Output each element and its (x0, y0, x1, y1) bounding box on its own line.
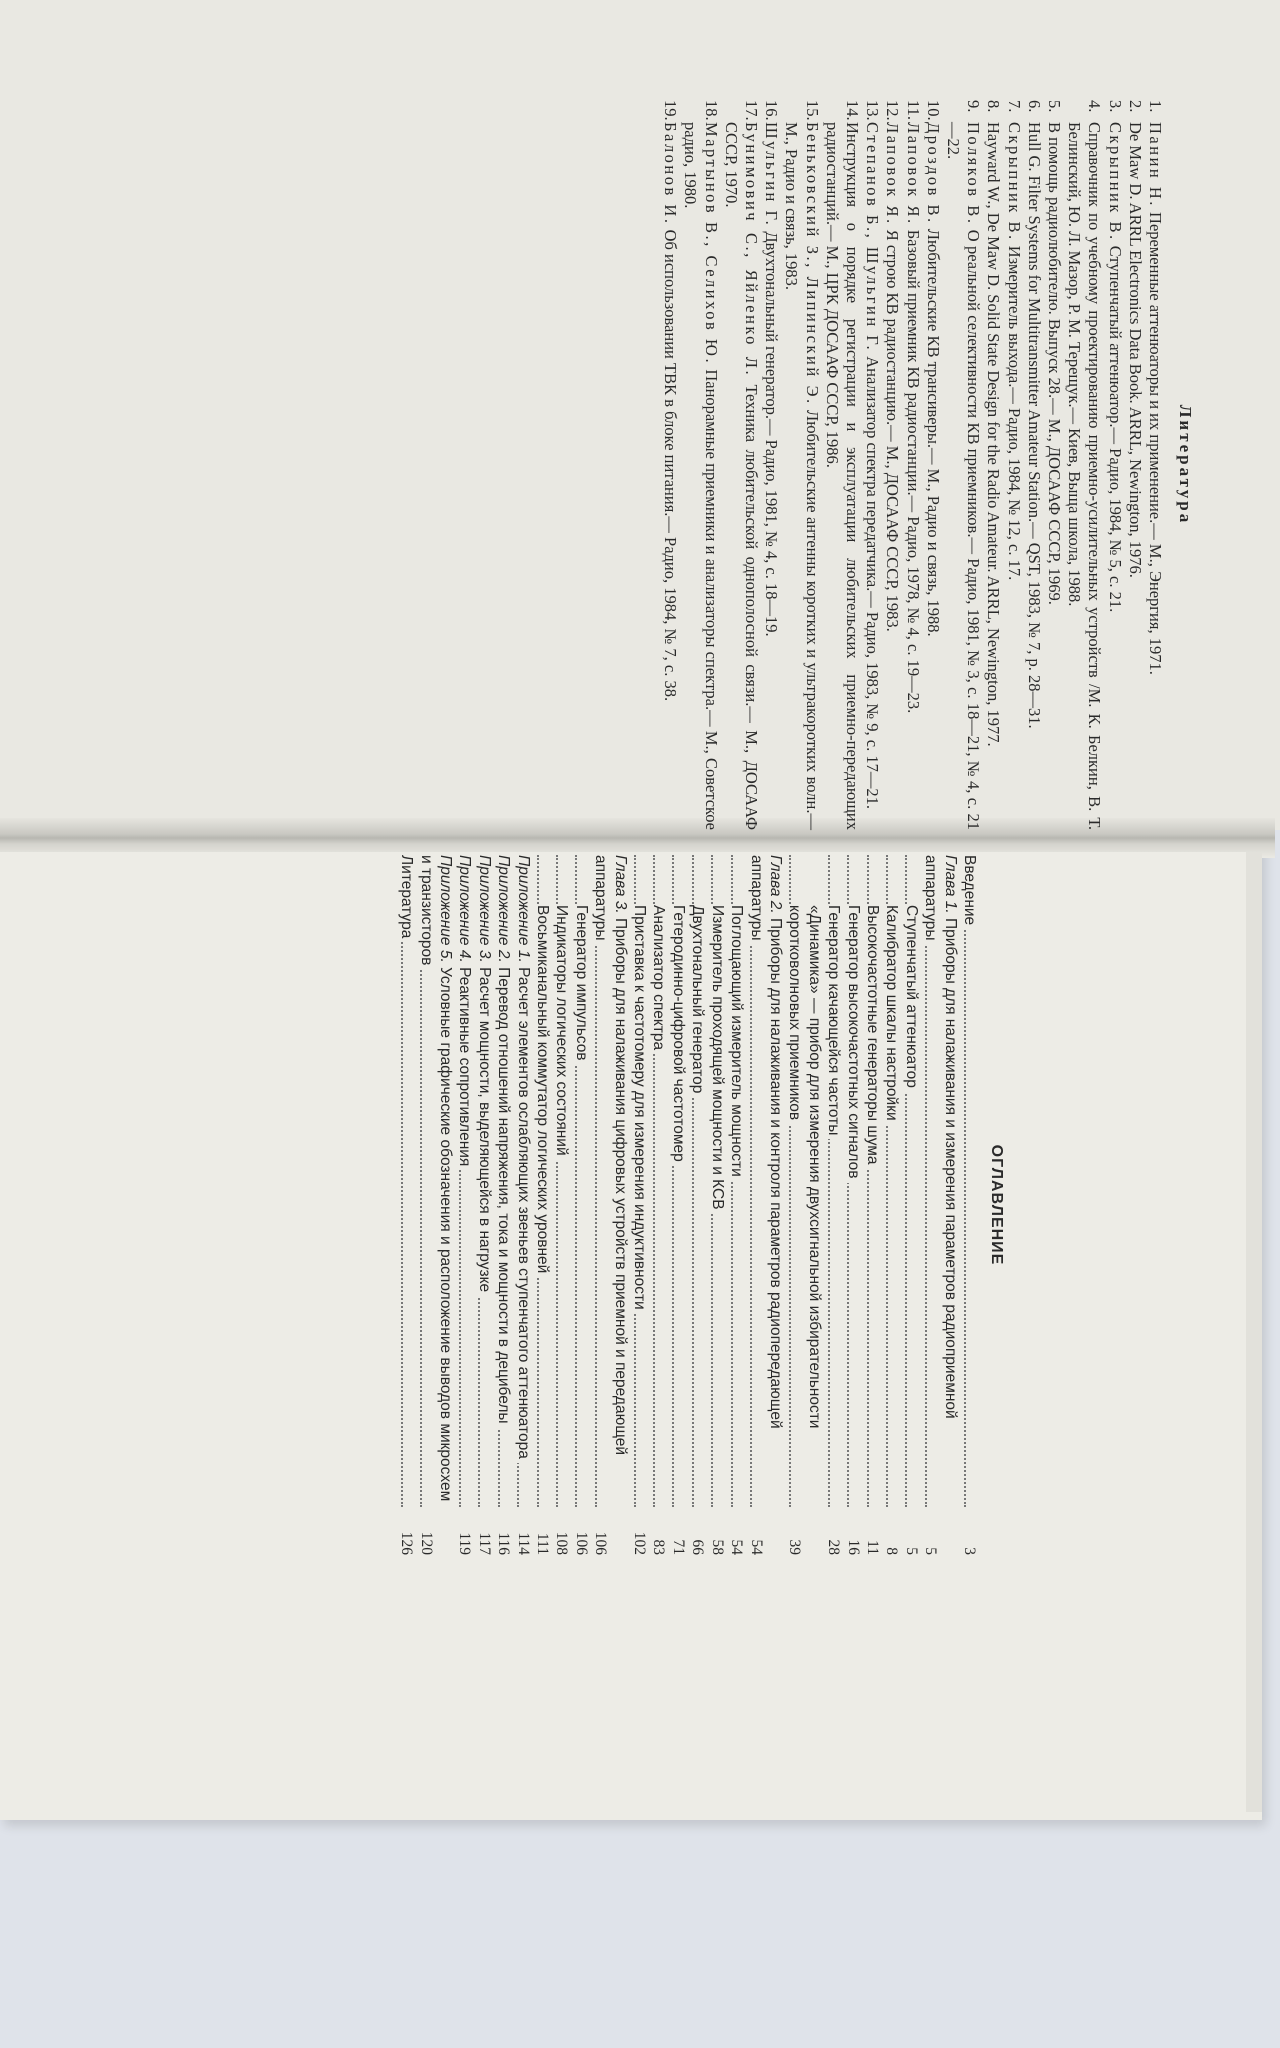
literature-entry: 4. Справочник по учебному проектированию… (1064, 100, 1104, 830)
page-edge (1246, 852, 1262, 1812)
entry-text: В помощь радиолюбителю. Выпуск 28.— М., … (1045, 122, 1064, 605)
contents-entry-prefix: Глава 3. (612, 855, 629, 918)
contents-entry-prefix: Глава 1. (942, 855, 959, 918)
contents-entry-page: 54 (727, 1507, 746, 1555)
literature-entry: 19. Балонов И. Об использовании ТВК в бл… (660, 100, 680, 830)
entry-author: Скрыпник В. (1106, 122, 1125, 242)
contents-entry-title: Приборы для налаживания и измерения пара… (922, 855, 958, 1419)
contents-entry-prefix: Приложение 4. (456, 855, 473, 967)
entry-text: Переменные аттенюаторы и их применение.—… (1146, 212, 1165, 675)
entry-author: Дроздов В. (924, 122, 943, 225)
contents-entry-title: Генератор качающейся частоты (825, 905, 842, 1135)
contents-list: Введение3Глава 1. Приборы для налаживани… (397, 855, 979, 1555)
contents-entry-title: Измеритель проходящей мощности и КСВ (709, 905, 726, 1210)
contents-entry: Глава 2. Приборы для налаживания и контр… (746, 855, 785, 1555)
contents-entry-page: 83 (649, 1507, 668, 1555)
literature-entry: 13. Степанов Б., Шульгин Г. Анализатор с… (862, 100, 882, 830)
contents-entry-page: 5 (921, 1507, 940, 1555)
contents-entry-title: Введение (961, 855, 978, 925)
entry-number: 9. (963, 100, 983, 122)
contents-entry: Генератор импульсов106 (571, 855, 590, 1555)
entry-text: Инструкция о порядке регистрации и экспл… (823, 122, 862, 830)
entry-text: О реальной селективности КВ приемников.—… (944, 122, 983, 830)
entry-text: Анализатор спектра передатчика.— Радио, … (863, 356, 882, 809)
contents-entry: Литература126 (397, 855, 416, 1555)
contents-entry: Калибратор шкалы настройки8 (882, 855, 901, 1555)
entry-number: 2. (1125, 100, 1145, 122)
contents-entry: Анализатор спектра83 (649, 855, 668, 1555)
contents-entry: Поглощающий измеритель мощности54 (727, 855, 746, 1555)
contents-entry-title: «Динамика» — прибор для измерения двухси… (786, 905, 822, 1428)
literature-entry: 14. Инструкция о порядке регистрации и э… (822, 100, 862, 830)
contents-entry-title: Приборы для налаживания и контроля парам… (748, 855, 784, 1429)
entry-number: 15. (801, 100, 821, 122)
contents-entry-page: 39 (785, 1507, 804, 1555)
dot-leader (750, 855, 752, 1507)
contents-heading: ОГЛАВЛЕНИЕ (987, 855, 1005, 1555)
contents-entry: Приложение 3. Расчет мощности, выделяюще… (474, 855, 493, 1555)
literature-heading: Литература (1175, 100, 1195, 830)
entry-author: Лаповок Я. (904, 122, 923, 226)
literature-entry: 12. Лаповок Я. Я строю КВ радиостанцию.—… (882, 100, 902, 830)
contents-entry-page: 120 (416, 1507, 435, 1555)
contents-entry-page: 28 (824, 1507, 843, 1555)
dot-leader (925, 855, 927, 1507)
table-of-contents: ОГЛАВЛЕНИЕ Введение3Глава 1. Приборы для… (397, 855, 1005, 1555)
contents-entry-title: Приборы для налаживания цифровых устройс… (592, 855, 628, 1455)
literature-entry: 6. Hull G. Filter Systems for Multitrans… (1024, 100, 1044, 830)
entry-number: 5. (1044, 100, 1064, 122)
entry-number: 11. (902, 100, 922, 122)
contents-entry-page: 54 (746, 1507, 765, 1555)
entry-text: Hayward W., De Maw D. Solid State Design… (984, 122, 1003, 747)
contents-entry: Генератор качающейся частоты28 (824, 855, 843, 1555)
entry-author: Мартынов В., Селихов Ю. (702, 122, 721, 365)
contents-entry-page: 102 (630, 1507, 649, 1555)
entry-number: 3. (1104, 100, 1124, 122)
contents-entry: Глава 3. Приборы для налаживания цифровы… (591, 855, 630, 1555)
contents-entry: «Динамика» — прибор для измерения двухси… (785, 855, 824, 1555)
literature-entry: 7. Скрыпник В. Измеритель выхода.— Радио… (1003, 100, 1023, 830)
entry-number: 18. (700, 100, 720, 122)
literature-entry: 10. Дроздов В. Любительские КВ трансивер… (923, 100, 943, 830)
contents-entry-title: Ступенчатый аттенюатор (903, 905, 920, 1088)
contents-entry-title: Анализатор спектра (651, 905, 668, 1050)
contents-entry-page: 8 (882, 1507, 901, 1555)
dot-leader (401, 855, 403, 1507)
contents-entry-title: Высокочастотные генераторы шума (864, 905, 881, 1165)
entry-number: 10. (923, 100, 943, 122)
contents-entry-title: Расчет элементов ослабляющих звеньев сту… (515, 967, 532, 1459)
contents-entry-title: Поглощающий измеритель мощности (728, 905, 745, 1177)
contents-entry-page: 114 (513, 1507, 532, 1555)
entry-number: 16. (761, 100, 781, 122)
contents-entry-title: Калибратор шкалы настройки (883, 905, 900, 1121)
contents-entry-prefix: Приложение 3. (476, 855, 493, 967)
contents-entry-title: Генератор высокочастотных сигналов (845, 905, 862, 1179)
literature-entry: 11. Лаповок Я. Базовый приемник КВ радио… (902, 100, 922, 830)
literature-entry: 2. De Maw D. ARRL Electronics Data Book.… (1125, 100, 1145, 830)
entry-author: Поляков В. (964, 122, 983, 225)
contents-entry-title: Приставка к частотомеру для измерения ин… (631, 905, 648, 1310)
entry-text: Измеритель выхода.— Радио, 1984, № 12, с… (1005, 246, 1024, 581)
literature-list: 1. Панин Н. Переменные аттенюаторы и их … (660, 100, 1165, 830)
contents-entry: Двухтональный генератор66 (688, 855, 707, 1555)
contents-entry-page: 108 (552, 1507, 571, 1555)
contents-entry-page: 111 (533, 1507, 552, 1555)
entry-number: 1. (1145, 100, 1165, 122)
contents-entry: Глава 1. Приборы для налаживания и измер… (921, 855, 960, 1555)
entry-author: Шульгин Г. (762, 122, 781, 227)
entry-number: 7. (1003, 100, 1023, 122)
entry-number: 14. (842, 100, 862, 122)
contents-entry: Приложение 2. Перевод отношений напряжен… (494, 855, 513, 1555)
contents-entry: Высокочастотные генераторы шума11 (863, 855, 882, 1555)
literature-entry: 17. Бунимович С., Яйленко Л. Техника люб… (721, 100, 761, 830)
contents-entry: Генератор высокочастотных сигналов16 (843, 855, 862, 1555)
contents-entry-prefix: Приложение 5. (437, 855, 454, 967)
contents-entry-page: 66 (688, 1507, 707, 1555)
literature-entry: 1. Панин Н. Переменные аттенюаторы и их … (1145, 100, 1165, 830)
contents-entry: Измеритель проходящей мощности и КСВ58 (707, 855, 726, 1555)
contents-entry: Введение3 (960, 855, 979, 1555)
entry-text: Об использовании ТВК в блоке питания.— Р… (661, 230, 680, 701)
entry-text: Любительские КВ трансиверы.— М., Радио и… (924, 229, 943, 637)
contents-entry-page: 116 (494, 1507, 513, 1555)
contents-entry-title: Реактивные сопротивления (456, 967, 473, 1166)
literature-entry: 15. Беньковский З., Липинский Э. Любител… (781, 100, 821, 830)
entry-number: 8. (983, 100, 1003, 122)
literature-entry: 18. Мартынов В., Селихов Ю. Панорамные п… (680, 100, 720, 830)
contents-entry-title: Литература (398, 855, 415, 938)
contents-entry: Восьмиканальный коммутатор логических ур… (533, 855, 552, 1555)
entry-number: 17. (741, 100, 761, 122)
entry-author: Балонов И. (661, 122, 680, 225)
dot-leader (964, 855, 966, 1507)
literature-entry: 16. Шульгин Г. Двухтональный генератор.—… (761, 100, 781, 830)
literature-section: Литература 1. Панин Н. Переменные аттеню… (660, 100, 1195, 830)
contents-entry-prefix: Глава 2. (767, 855, 784, 918)
contents-entry-title: Расчет мощности, выделяющейся в нагрузке (476, 967, 493, 1292)
contents-entry: Гетеродинно-цифровой частотомер71 (669, 855, 688, 1555)
contents-entry-page: 5 (901, 1507, 920, 1555)
contents-entry: Индикаторы логических состояний108 (552, 855, 571, 1555)
contents-entry-page: 126 (397, 1507, 416, 1555)
contents-entry-page: 117 (474, 1507, 493, 1555)
contents-entry-title: Перевод отношений напряжения, тока и мощ… (495, 967, 512, 1423)
literature-entry: 5. В помощь радиолюбителю. Выпуск 28.— М… (1044, 100, 1064, 830)
contents-entry: Приставка к частотомеру для измерения ин… (630, 855, 649, 1555)
entry-text: Базовый приемник КВ радиостанции.— Радио… (904, 230, 923, 714)
literature-entry: 9. Поляков В. О реальной селективности К… (943, 100, 983, 830)
entry-number: 6. (1024, 100, 1044, 122)
contents-entry: Приложение 1. Расчет элементов ослабляющ… (513, 855, 532, 1555)
contents-entry: Приложение 4. Реактивные сопротивления11… (455, 855, 474, 1555)
contents-entry-page: 106 (591, 1507, 610, 1555)
entry-author: Лаповок Я. (883, 122, 902, 226)
contents-entry-page: 3 (960, 1507, 979, 1555)
entry-text: Двухтональный генератор.— Радио, 1981, №… (762, 231, 781, 636)
contents-entry-title: Индикаторы логических состояний (553, 905, 570, 1156)
contents-entry-prefix: Приложение 1. (515, 855, 532, 967)
entry-number: 19. (660, 100, 680, 122)
entry-author: Бунимович С., Яйленко Л. (742, 122, 761, 377)
entry-author: Беньковский З., Липинский Э. (803, 122, 822, 406)
contents-entry-page: 11 (863, 1507, 882, 1555)
literature-entry: 8. Hayward W., De Maw D. Solid State Des… (983, 100, 1003, 830)
dot-leader (595, 855, 597, 1507)
contents-entry-page: 106 (571, 1507, 590, 1555)
entry-number: 13. (862, 100, 882, 122)
contents-entry-prefix: Приложение 2. (495, 855, 512, 967)
entry-text: Ступенчатый аттенюатор.— Радио, 1984, № … (1106, 246, 1125, 612)
contents-entry-page: 119 (455, 1507, 474, 1555)
entry-number: 4. (1084, 100, 1104, 122)
entry-text: De Maw D. ARRL Electronics Data Book. AR… (1126, 122, 1145, 578)
contents-entry-page: 71 (669, 1507, 688, 1555)
contents-entry-page: 58 (707, 1507, 726, 1555)
entry-author: Степанов Б., Шульгин Г. (863, 122, 882, 352)
entry-author: Панин Н. (1146, 122, 1165, 208)
contents-entry-title: Восьмиканальный коммутатор логических ур… (534, 905, 551, 1273)
entry-text: Я строю КВ радиостанцию.— М., ДОСААФ ССС… (883, 230, 902, 632)
contents-entry-title: Двухтональный генератор (689, 905, 706, 1093)
contents-entry-page: 16 (843, 1507, 862, 1555)
entry-number: 12. (882, 100, 902, 122)
contents-entry-title: Гетеродинно-цифровой частотомер (670, 905, 687, 1162)
contents-entry: Приложение 5. Условные графические обозн… (416, 855, 455, 1555)
entry-text: Hull G. Filter Systems for Multitransmit… (1025, 122, 1044, 729)
contents-entry-title: Генератор импульсов (573, 905, 590, 1061)
entry-author: Скрыпник В. (1005, 122, 1024, 242)
literature-entry: 3. Скрыпник В. Ступенчатый аттенюатор.— … (1104, 100, 1124, 830)
contents-entry: Ступенчатый аттенюатор5 (901, 855, 920, 1555)
entry-text: Справочник по учебному проектированию пр… (1065, 122, 1104, 830)
